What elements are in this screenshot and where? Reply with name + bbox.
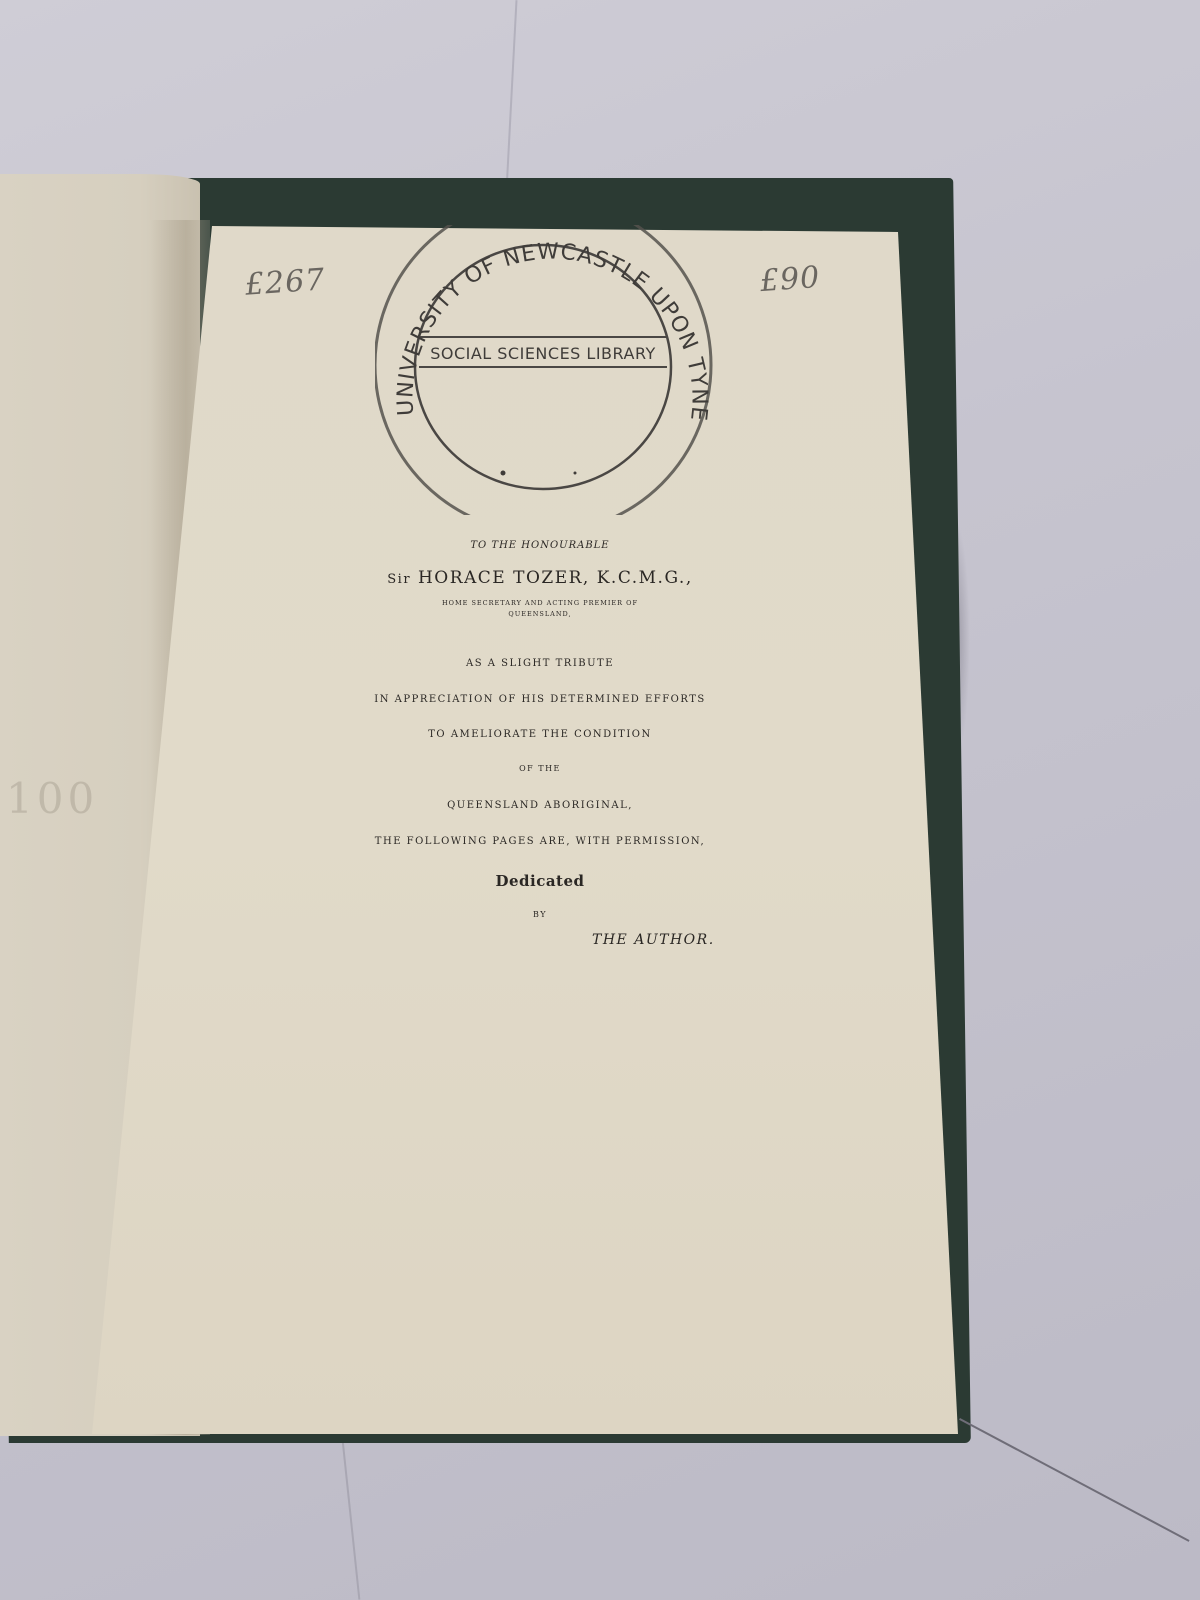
dedicatee-role: HOME SECRETARY AND ACTING PREMIER OF — [330, 599, 750, 607]
stamp-ring-text: UNIVERSITY OF NEWCASTLE UPON TYNE — [393, 239, 711, 422]
background-crease — [342, 1440, 361, 1599]
dedicatee-name: Sir HORACE TOZER, K.C.M.G., — [330, 568, 750, 588]
dedication-line: TO AMELIORATE THE CONDITION — [330, 729, 750, 740]
dedication-by: BY — [330, 910, 750, 919]
dedicatee-name-text: HORACE TOZER, K.C.M.G., — [418, 568, 693, 588]
background-crease — [959, 1418, 1190, 1542]
dedication-salutation: TO THE HONOURABLE — [330, 540, 750, 551]
pencil-price-note: £90 — [759, 260, 822, 299]
dedication-line: THE FOLLOWING PAGES ARE, WITH PERMISSION… — [330, 836, 750, 847]
dedicatee-role: QUEENSLAND, — [330, 610, 750, 618]
pencil-price-note: £267 — [244, 262, 327, 303]
dedicated-word: Dedicated — [330, 872, 750, 890]
dedication-line: QUEENSLAND ABORIGINAL, — [330, 800, 750, 811]
library-stamp: SOCIAL SCIENCES LIBRARY UNIVERSITY OF NE… — [375, 225, 730, 515]
dedication-line: OF THE — [330, 764, 750, 773]
dedication-line: AS A SLIGHT TRIBUTE — [330, 658, 750, 669]
dedication-line: IN APPRECIATION OF HIS DETERMINED EFFORT… — [330, 694, 750, 705]
dedication-author: THE AUTHOR. — [592, 932, 715, 948]
stamp-center-text: SOCIAL SCIENCES LIBRARY — [430, 344, 656, 363]
photo-scene: 100 £267 £90 SOCIAL SCIENCES LIBRARY UNI… — [0, 0, 1200, 1600]
dedicatee-prefix: Sir — [387, 572, 411, 587]
left-page-bleed-text: 100 — [6, 774, 98, 823]
